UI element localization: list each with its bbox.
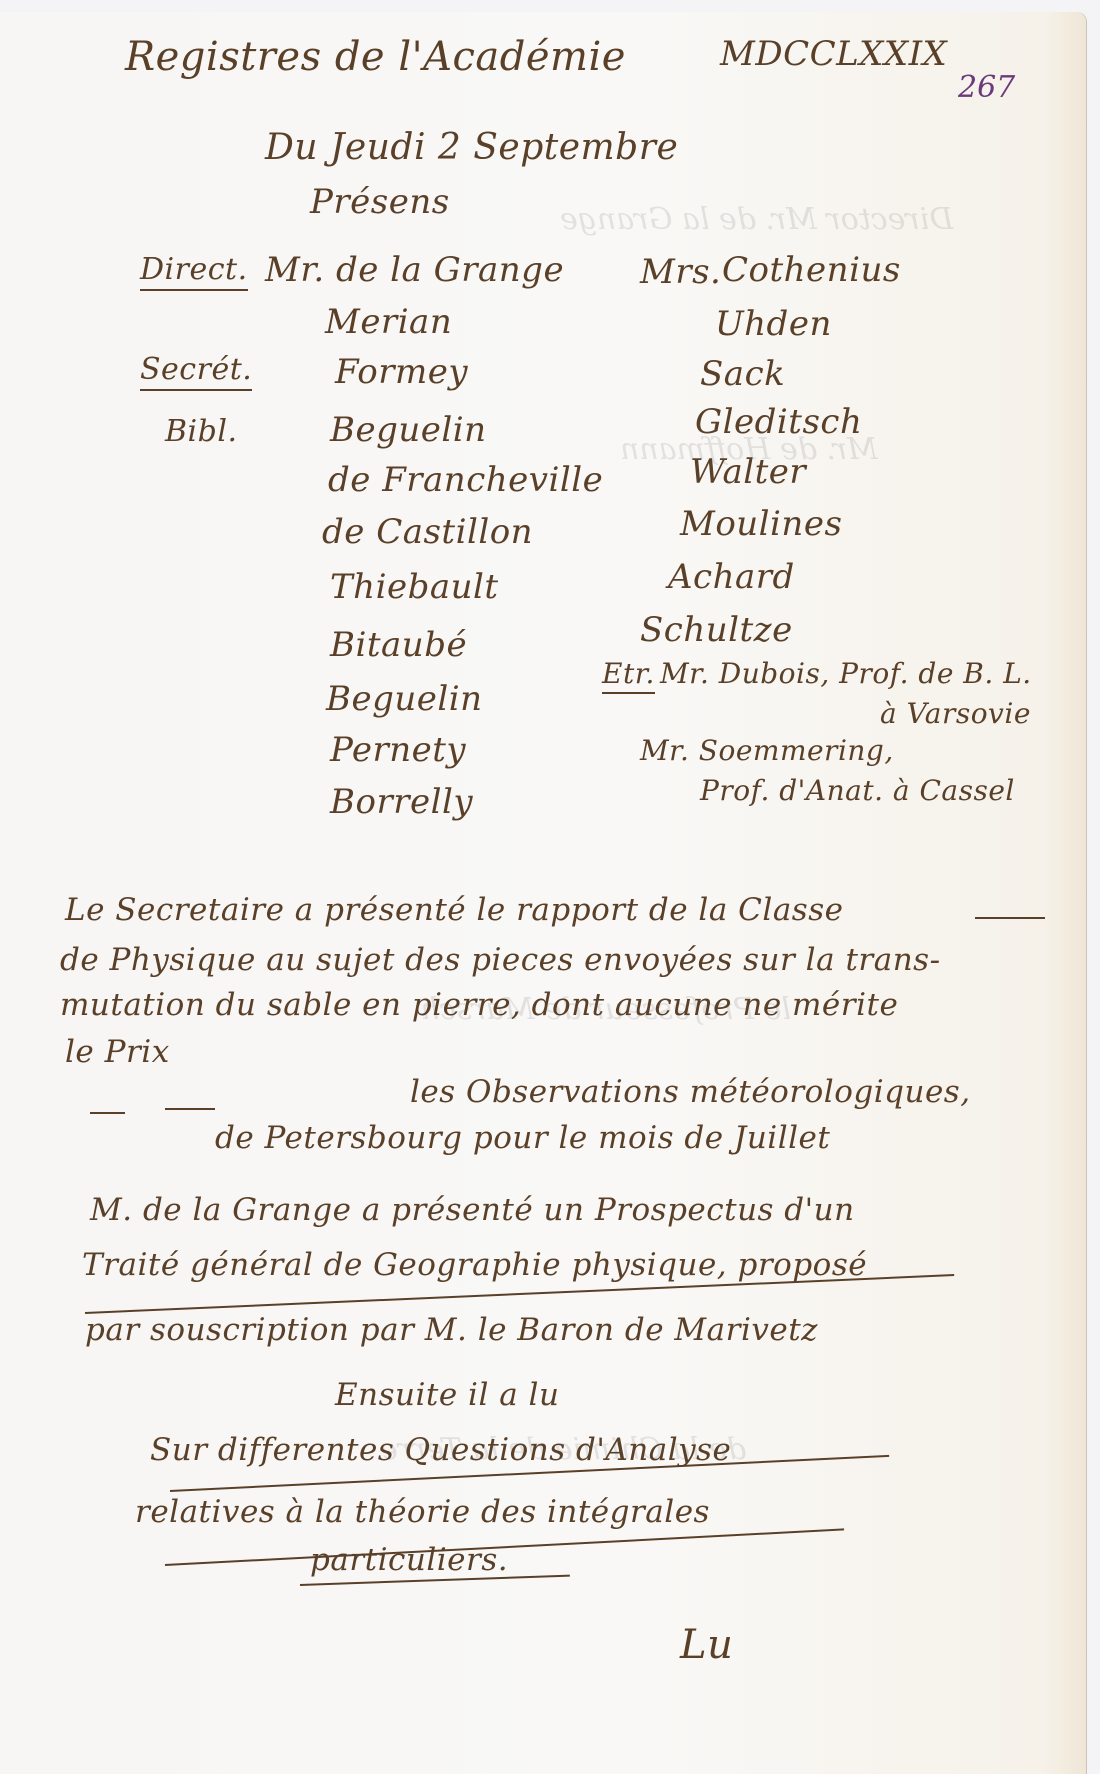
minutes-line: particuliers.: [310, 1542, 508, 1578]
manuscript-page: Director Mr. de la Grange Mr. de Hoffman…: [0, 12, 1086, 1774]
minutes-line: Ensuite il a lu: [335, 1377, 559, 1413]
minutes-line: Sur differentes Questions d'Analyse: [150, 1432, 731, 1468]
minutes-line: le Prix: [65, 1034, 170, 1070]
register-title: Registres de l'Académie: [125, 34, 626, 80]
session-date: Du Jeudi 2 Septembre: [265, 127, 678, 168]
ditto-dash: [165, 1108, 215, 1110]
member-name: Mr. de la Grange: [265, 250, 564, 290]
member-name: Thiebault: [330, 567, 499, 607]
member-name: Pernety: [330, 730, 466, 770]
role-label: Secrét.: [140, 352, 252, 391]
minutes-line: M. de la Grange a présenté un Prospectus…: [90, 1192, 855, 1228]
line-filler-stroke: [975, 917, 1045, 919]
minutes-line: les Observations météorologiques,: [410, 1074, 971, 1110]
member-name: Merian: [325, 302, 452, 342]
minutes-line: de Physique au sujet des pieces envoyées…: [60, 942, 941, 978]
minutes-line: Le Secretaire a présenté le rapport de l…: [65, 892, 843, 928]
register-year: MDCCLXXIX: [720, 34, 947, 74]
ditto-dash: [90, 1112, 125, 1114]
member-name: Bitaubé: [330, 625, 467, 665]
guest-line: à Varsovie: [880, 697, 1031, 730]
member-name: de Francheville: [328, 460, 603, 500]
minutes-line: par souscription par M. le Baron de Mari…: [85, 1312, 818, 1348]
member-name: Beguelin: [330, 410, 487, 450]
member-name: Uhden: [715, 304, 832, 344]
guest-line: Mr. Soemmering,: [640, 734, 894, 767]
member-name: Gleditsch: [695, 402, 862, 442]
minutes-line: relatives à la théorie des intégrales: [135, 1494, 710, 1530]
guest-label: Etr.: [602, 657, 655, 694]
guest-line: Mr. Dubois, Prof. de B. L.: [660, 657, 1032, 690]
read-mark-signature: Lu: [680, 1622, 733, 1668]
member-name: Walter: [690, 452, 806, 492]
member-name: Borrelly: [330, 782, 473, 822]
member-name: de Castillon: [322, 512, 533, 552]
presence-heading: Présens: [310, 182, 450, 222]
member-name: Achard: [668, 557, 795, 597]
folio-number: 267: [958, 70, 1015, 105]
minutes-line: mutation du sable en pierre, dont aucune…: [60, 987, 898, 1023]
member-name: Schultze: [640, 610, 793, 650]
bleed-through-text: Director Mr. de la Grange: [560, 202, 953, 237]
member-name: Formey: [335, 352, 468, 392]
minutes-line: de Petersbourg pour le mois de Juillet: [215, 1120, 830, 1156]
member-prefix: Mrs.: [640, 252, 721, 292]
role-label: Direct.: [140, 252, 248, 291]
member-name: Sack: [700, 354, 785, 394]
member-name: Moulines: [680, 504, 842, 544]
member-name: Beguelin: [326, 679, 483, 719]
guest-line: Prof. d'Anat. à Cassel: [700, 774, 1015, 807]
minutes-line: Traité général de Geographie physique, p…: [82, 1247, 867, 1283]
member-name: Cothenius: [722, 250, 901, 290]
role-label: Bibl.: [165, 414, 237, 449]
